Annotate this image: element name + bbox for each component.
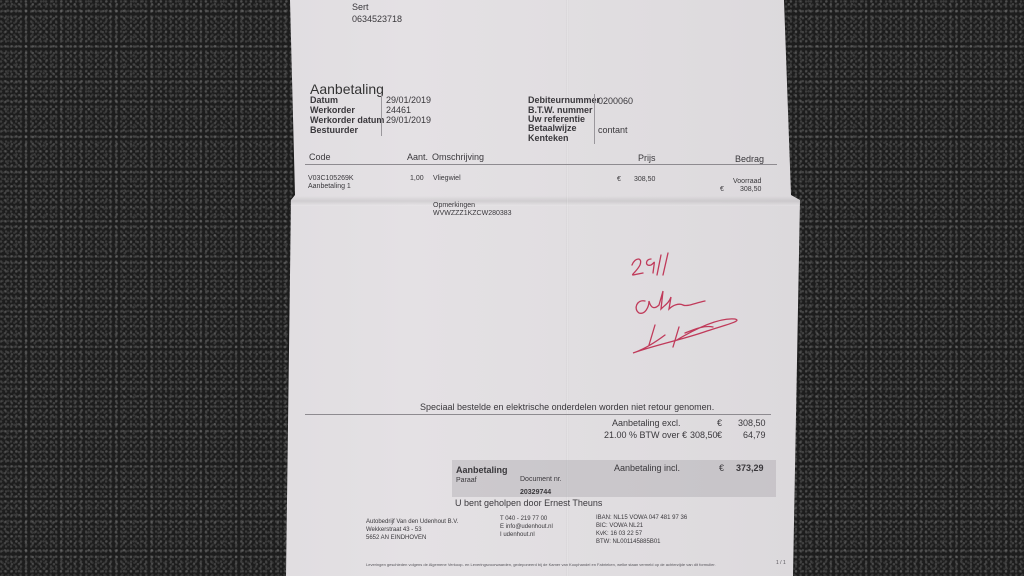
document-title: Aanbetaling — [310, 82, 384, 96]
totals-rule — [305, 414, 771, 415]
col-bedrag: Bedrag — [735, 155, 764, 164]
item-code: V03C105269K — [308, 175, 354, 182]
footer-title: Aanbetaling — [456, 466, 508, 475]
vat-base: 308,50 — [690, 431, 718, 440]
paraaf-label: Paraaf — [456, 477, 477, 484]
vat-currency: € — [717, 431, 722, 440]
value-debiteurnummer: 0200060 — [598, 97, 633, 106]
value-betaalwijze: contant — [598, 126, 628, 135]
divider — [594, 94, 595, 144]
remarks-value: WVWZZZ1KZCW280383 — [433, 210, 512, 217]
divider — [381, 94, 382, 136]
total-incl-currency: € — [719, 464, 724, 473]
handwritten-signature-icon — [615, 245, 745, 365]
company-city: 5652 AN EINDHOVEN — [366, 535, 426, 541]
company-name: Autobedrijf Van den Udenhout B.V. — [366, 519, 458, 525]
col-code: Code — [309, 153, 331, 162]
remarks-label: Opmerkingen — [433, 202, 475, 209]
col-prijs: Prijs — [638, 154, 656, 163]
company-bic: BIC: VOWA NL21 — [596, 523, 643, 529]
item-amount-currency: € — [720, 186, 724, 193]
paper-fold-horizontal — [290, 196, 800, 206]
label-debiteurnummer: Debiteurnummer — [528, 96, 600, 105]
item-code-sub: Aanbetaling 1 — [308, 183, 351, 190]
table-header-rule — [305, 164, 777, 165]
receipt-photo: Sert 0634523718 Aanbetaling Datum Werkor… — [0, 0, 1024, 576]
company-web[interactable]: I udenhout.nl — [500, 532, 535, 538]
company-email[interactable]: E info@udenhout.nl — [500, 524, 553, 530]
total-excl-label: Aanbetaling excl. — [612, 419, 681, 428]
vat-value: 64,79 — [743, 431, 766, 440]
total-incl-label: Aanbetaling incl. — [614, 464, 680, 473]
label-bestuurder: Bestuurder — [310, 126, 358, 135]
company-phone: T 040 - 219 77 00 — [500, 516, 547, 522]
value-werkorder-datum: 29/01/2019 — [386, 116, 431, 125]
total-incl-value: 373,29 — [736, 464, 764, 473]
value-datum: 29/01/2019 — [386, 96, 431, 105]
col-aant: Aant. — [407, 153, 428, 162]
label-werkorder-datum: Werkorder datum — [310, 116, 384, 125]
item-currency: € — [617, 176, 621, 183]
notice-text: Speciaal bestelde en elektrische onderde… — [420, 403, 714, 412]
document-number: 20329744 — [520, 489, 551, 496]
label-datum: Datum — [310, 96, 338, 105]
item-stock-note: Voorraad — [733, 178, 761, 185]
col-omschrijving: Omschrijving — [432, 153, 484, 162]
company-btw: BTW: NL001145885B01 — [596, 539, 661, 545]
vat-label: 21.00 % BTW over € — [604, 431, 687, 440]
company-street: Wekkerstraat 43 - 53 — [366, 527, 422, 533]
page-indicator: 1 / 1 — [776, 561, 786, 566]
label-betaalwijze: Betaalwijze — [528, 124, 577, 133]
company-iban: IBAN: NL15 VOWA 047 481 97 36 — [596, 515, 687, 521]
item-price: 308,50 — [634, 176, 655, 183]
item-amount: 308,50 — [740, 186, 761, 193]
value-werkorder: 24461 — [386, 106, 411, 115]
label-kenteken: Kenteken — [528, 134, 569, 143]
company-kvk: KvK: 16 03 22 57 — [596, 531, 642, 537]
legal-text: Leveringen geschieden volgens de Algemen… — [366, 563, 716, 567]
helped-by: U bent geholpen door Ernest Theuns — [455, 499, 602, 508]
customer-phone: 0634523718 — [352, 15, 402, 24]
item-description: Vliegwiel — [433, 175, 461, 182]
total-excl-currency: € — [717, 419, 722, 428]
customer-name: Sert — [352, 3, 369, 12]
total-excl-value: 308,50 — [738, 419, 766, 428]
label-werkorder: Werkorder — [310, 106, 355, 115]
item-qty: 1,00 — [410, 175, 424, 182]
document-number-label: Document nr. — [520, 476, 562, 483]
